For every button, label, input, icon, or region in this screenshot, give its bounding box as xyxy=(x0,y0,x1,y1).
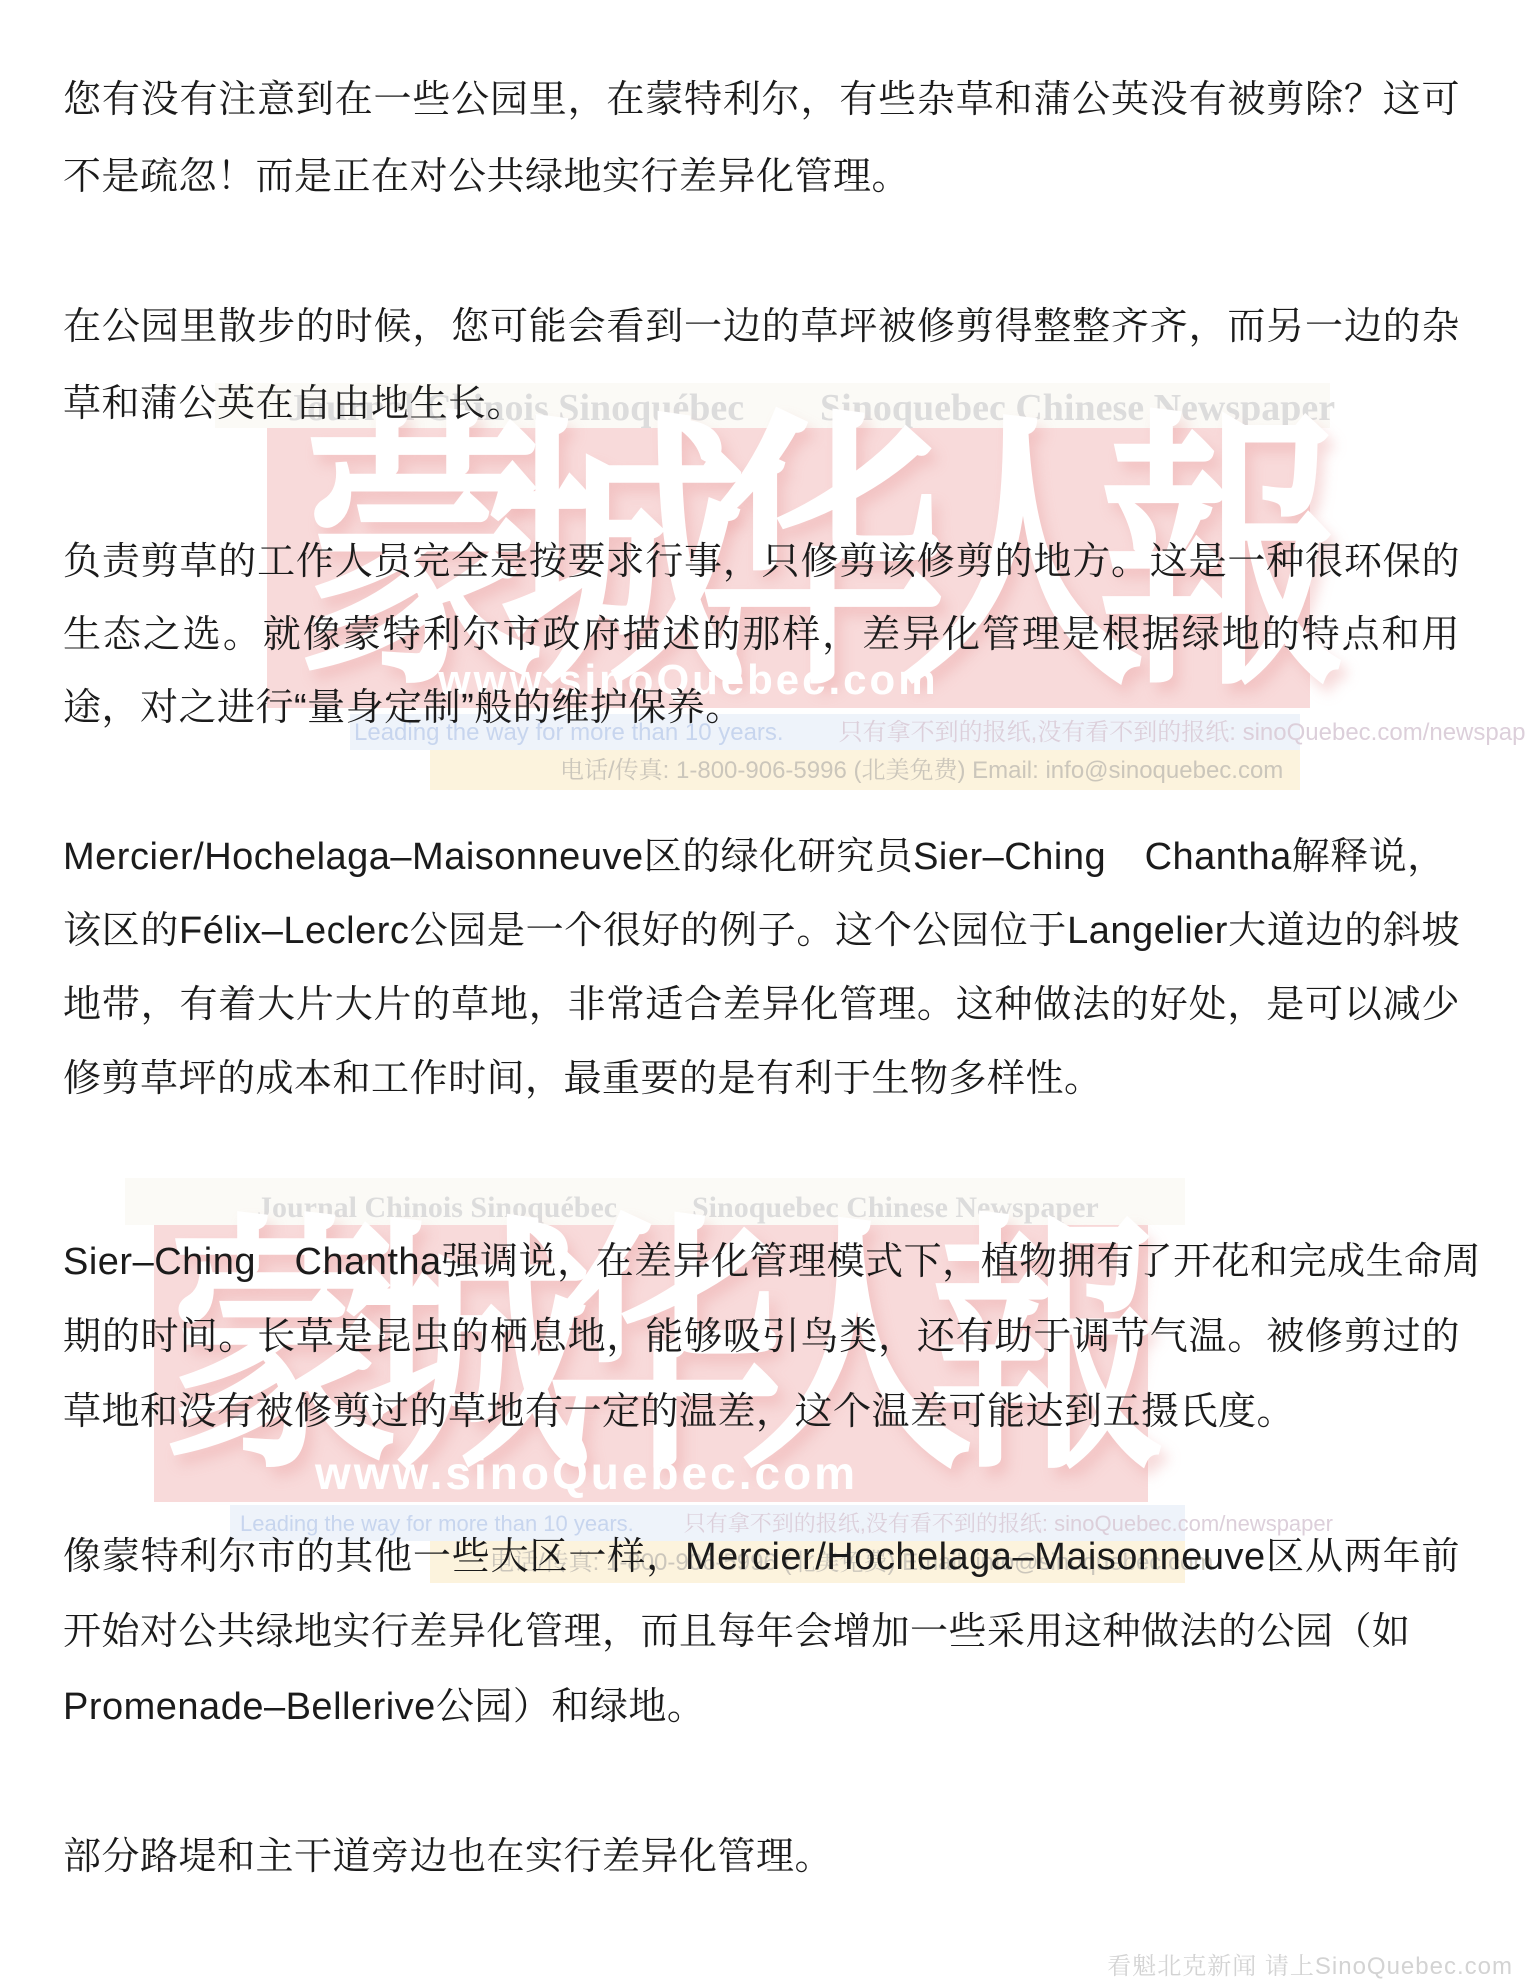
article-line: 开始对公共绿地实行差异化管理，而且每年会增加一些采用这种做法的公园（如 xyxy=(63,1609,1460,1655)
article-line: 像蒙特利尔市的其他一些大区一样，Mercier/Hochelaga–Maison… xyxy=(63,1534,1460,1580)
article-line: 修剪草坪的成本和工作时间，最重要的是有利于生物多样性。 xyxy=(63,1056,1460,1102)
article-line: 不是疏忽！而是正在对公共绿地实行差异化管理。 xyxy=(63,154,1460,200)
article-line: 部分路堤和主干道旁边也在实行差异化管理。 xyxy=(63,1834,1460,1880)
article-line: Promenade–Bellerive公园）和绿地。 xyxy=(63,1684,1460,1730)
watermark-tagline-cn: 只有拿不到的报纸,没有看不到的报纸: sinoQuebec.com/newspa… xyxy=(684,1511,1333,1536)
article-line: 在公园里散步的时候，您可能会看到一边的草坪被修剪得整整齐齐，而另一边的杂 xyxy=(63,304,1460,350)
article-line: 期的时间。长草是昆虫的栖息地，能够吸引鸟类，还有助于调节气温。被修剪过的 xyxy=(63,1314,1460,1360)
watermark-tagline-en: Leading the way for more than 10 years. xyxy=(240,1511,634,1536)
watermark-website-text: www.sinoQuebec.com xyxy=(315,1446,858,1500)
article-line: Mercier/Hochelaga–Maisonneuve区的绿化研究员Sier… xyxy=(63,834,1460,880)
article-line: 草地和没有被修剪过的草地有一定的温差，这个温差可能达到五摄氏度。 xyxy=(63,1389,1460,1435)
article-line: 途，对之进行“量身定制”般的维护保养。 xyxy=(63,685,1460,731)
article-line: Sier–Ching Chantha强调说，在差异化管理模式下，植物拥有了开花和… xyxy=(63,1239,1460,1285)
article-line: 负责剪草的工作人员完全是按要求行事，只修剪该修剪的地方。这是一种很环保的 xyxy=(63,539,1460,585)
article-line: 该区的Félix–Leclerc公园是一个很好的例子。这个公园位于Langeli… xyxy=(63,908,1460,954)
article-line: 您有没有注意到在一些公园里，在蒙特利尔，有些杂草和蒲公英没有被剪除？这可 xyxy=(63,77,1460,123)
article-line: 草和蒲公英在自由地生长。 xyxy=(63,381,1460,427)
article-line: 生态之选。就像蒙特利尔市政府描述的那样，差异化管理是根据绿地的特点和用 xyxy=(63,612,1460,658)
watermark-contact-info: 电话/传真: 1-800-906-5996 (北美免费) Email: info… xyxy=(560,756,1283,786)
site-footer-note: 看魁北克新闻 请上SinoQuebec.com xyxy=(1107,1946,1513,1980)
article-line: 地带，有着大片大片的草地，非常适合差异化管理。这种做法的好处，是可以减少 xyxy=(63,982,1460,1028)
